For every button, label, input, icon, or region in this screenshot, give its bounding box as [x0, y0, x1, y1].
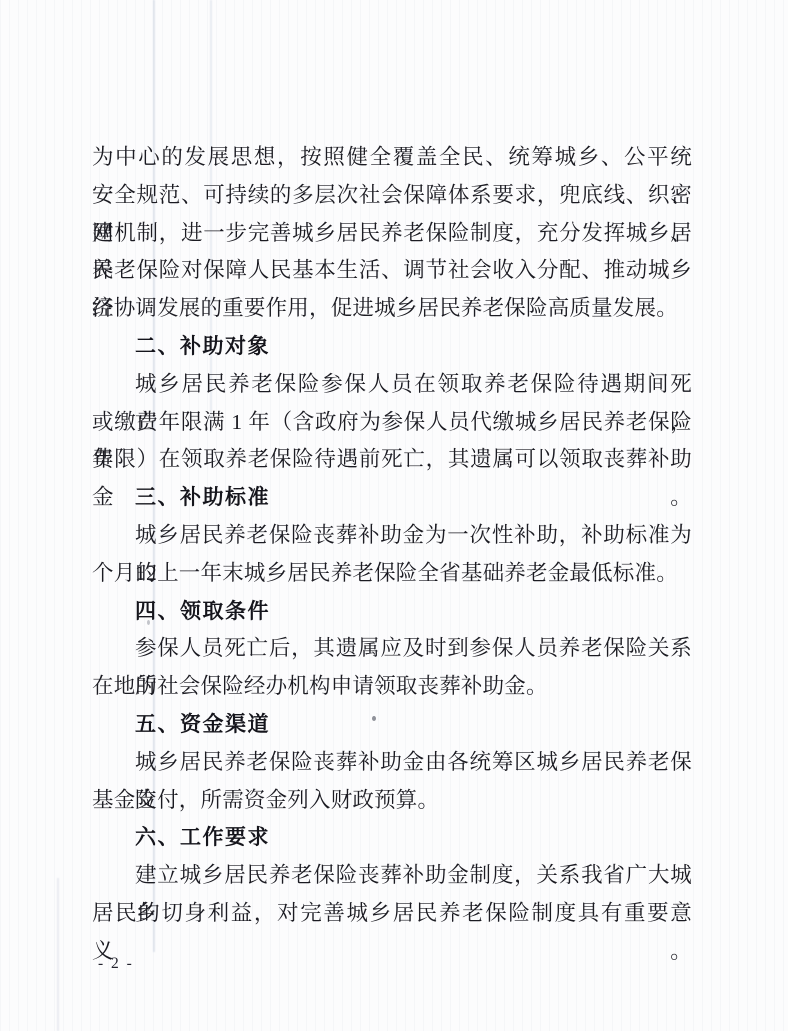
- section-heading: 五、资金渠道: [92, 706, 692, 744]
- text-line: 城乡居民养老保险丧葬补助金为一次性补助，补助标准为 12: [92, 517, 692, 555]
- text-line: 参保人员死亡后，其遗属应及时到参保人员养老保险关系所: [92, 630, 692, 668]
- text-line: 年限）在领取养老保险待遇前死亡，其遗属可以领取丧葬补助金。: [92, 441, 692, 479]
- scan-fold-line: [57, 878, 59, 1031]
- text-line: 或缴费年限满 1 年（含政府为参保人员代缴城乡居民养老保险费: [92, 404, 692, 442]
- text-line: 个月的上一年末城乡居民养老保险全省基础养老金最低标准。: [92, 555, 692, 593]
- document-page: 为中心的发展思想，按照健全覆盖全民、统筹城乡、公平统一、 安全规范、可持续的多层…: [0, 0, 788, 1031]
- text-line: 城乡居民养老保险丧葬补助金由各统筹区城乡居民养老保险: [92, 744, 692, 782]
- text-line: 在地的社会保险经办机构申请领取丧葬补助金。: [92, 668, 692, 706]
- text-line: 建机制，进一步完善城乡居民养老保险制度，充分发挥城乡居民: [92, 215, 692, 253]
- text-line: 城乡居民养老保险参保人员在领取养老保险待遇期间死亡，: [92, 366, 692, 404]
- text-line: 济协调发展的重要作用，促进城乡居民养老保险高质量发展。: [92, 290, 692, 328]
- section-heading: 四、领取条件: [92, 593, 692, 631]
- text-line: 养老保险对保障人民基本生活、调节社会收入分配、推动城乡经: [92, 252, 692, 290]
- document-body: 为中心的发展思想，按照健全覆盖全民、统筹城乡、公平统一、 安全规范、可持续的多层…: [92, 139, 692, 933]
- text-line: 建立城乡居民养老保险丧葬补助金制度，关系我省广大城乡: [92, 857, 692, 895]
- section-heading: 六、工作要求: [92, 819, 692, 857]
- page-number: - 2 -: [98, 955, 134, 973]
- text-line: 基金支付，所需资金列入财政预算。: [92, 782, 692, 820]
- text-line: 安全规范、可持续的多层次社会保障体系要求，兜底线、织密网、: [92, 177, 692, 215]
- text-line: 居民的切身利益，对完善城乡居民养老保险制度具有重要意义。: [92, 895, 692, 933]
- text-line: 为中心的发展思想，按照健全覆盖全民、统筹城乡、公平统一、: [92, 139, 692, 177]
- section-heading: 二、补助对象: [92, 328, 692, 366]
